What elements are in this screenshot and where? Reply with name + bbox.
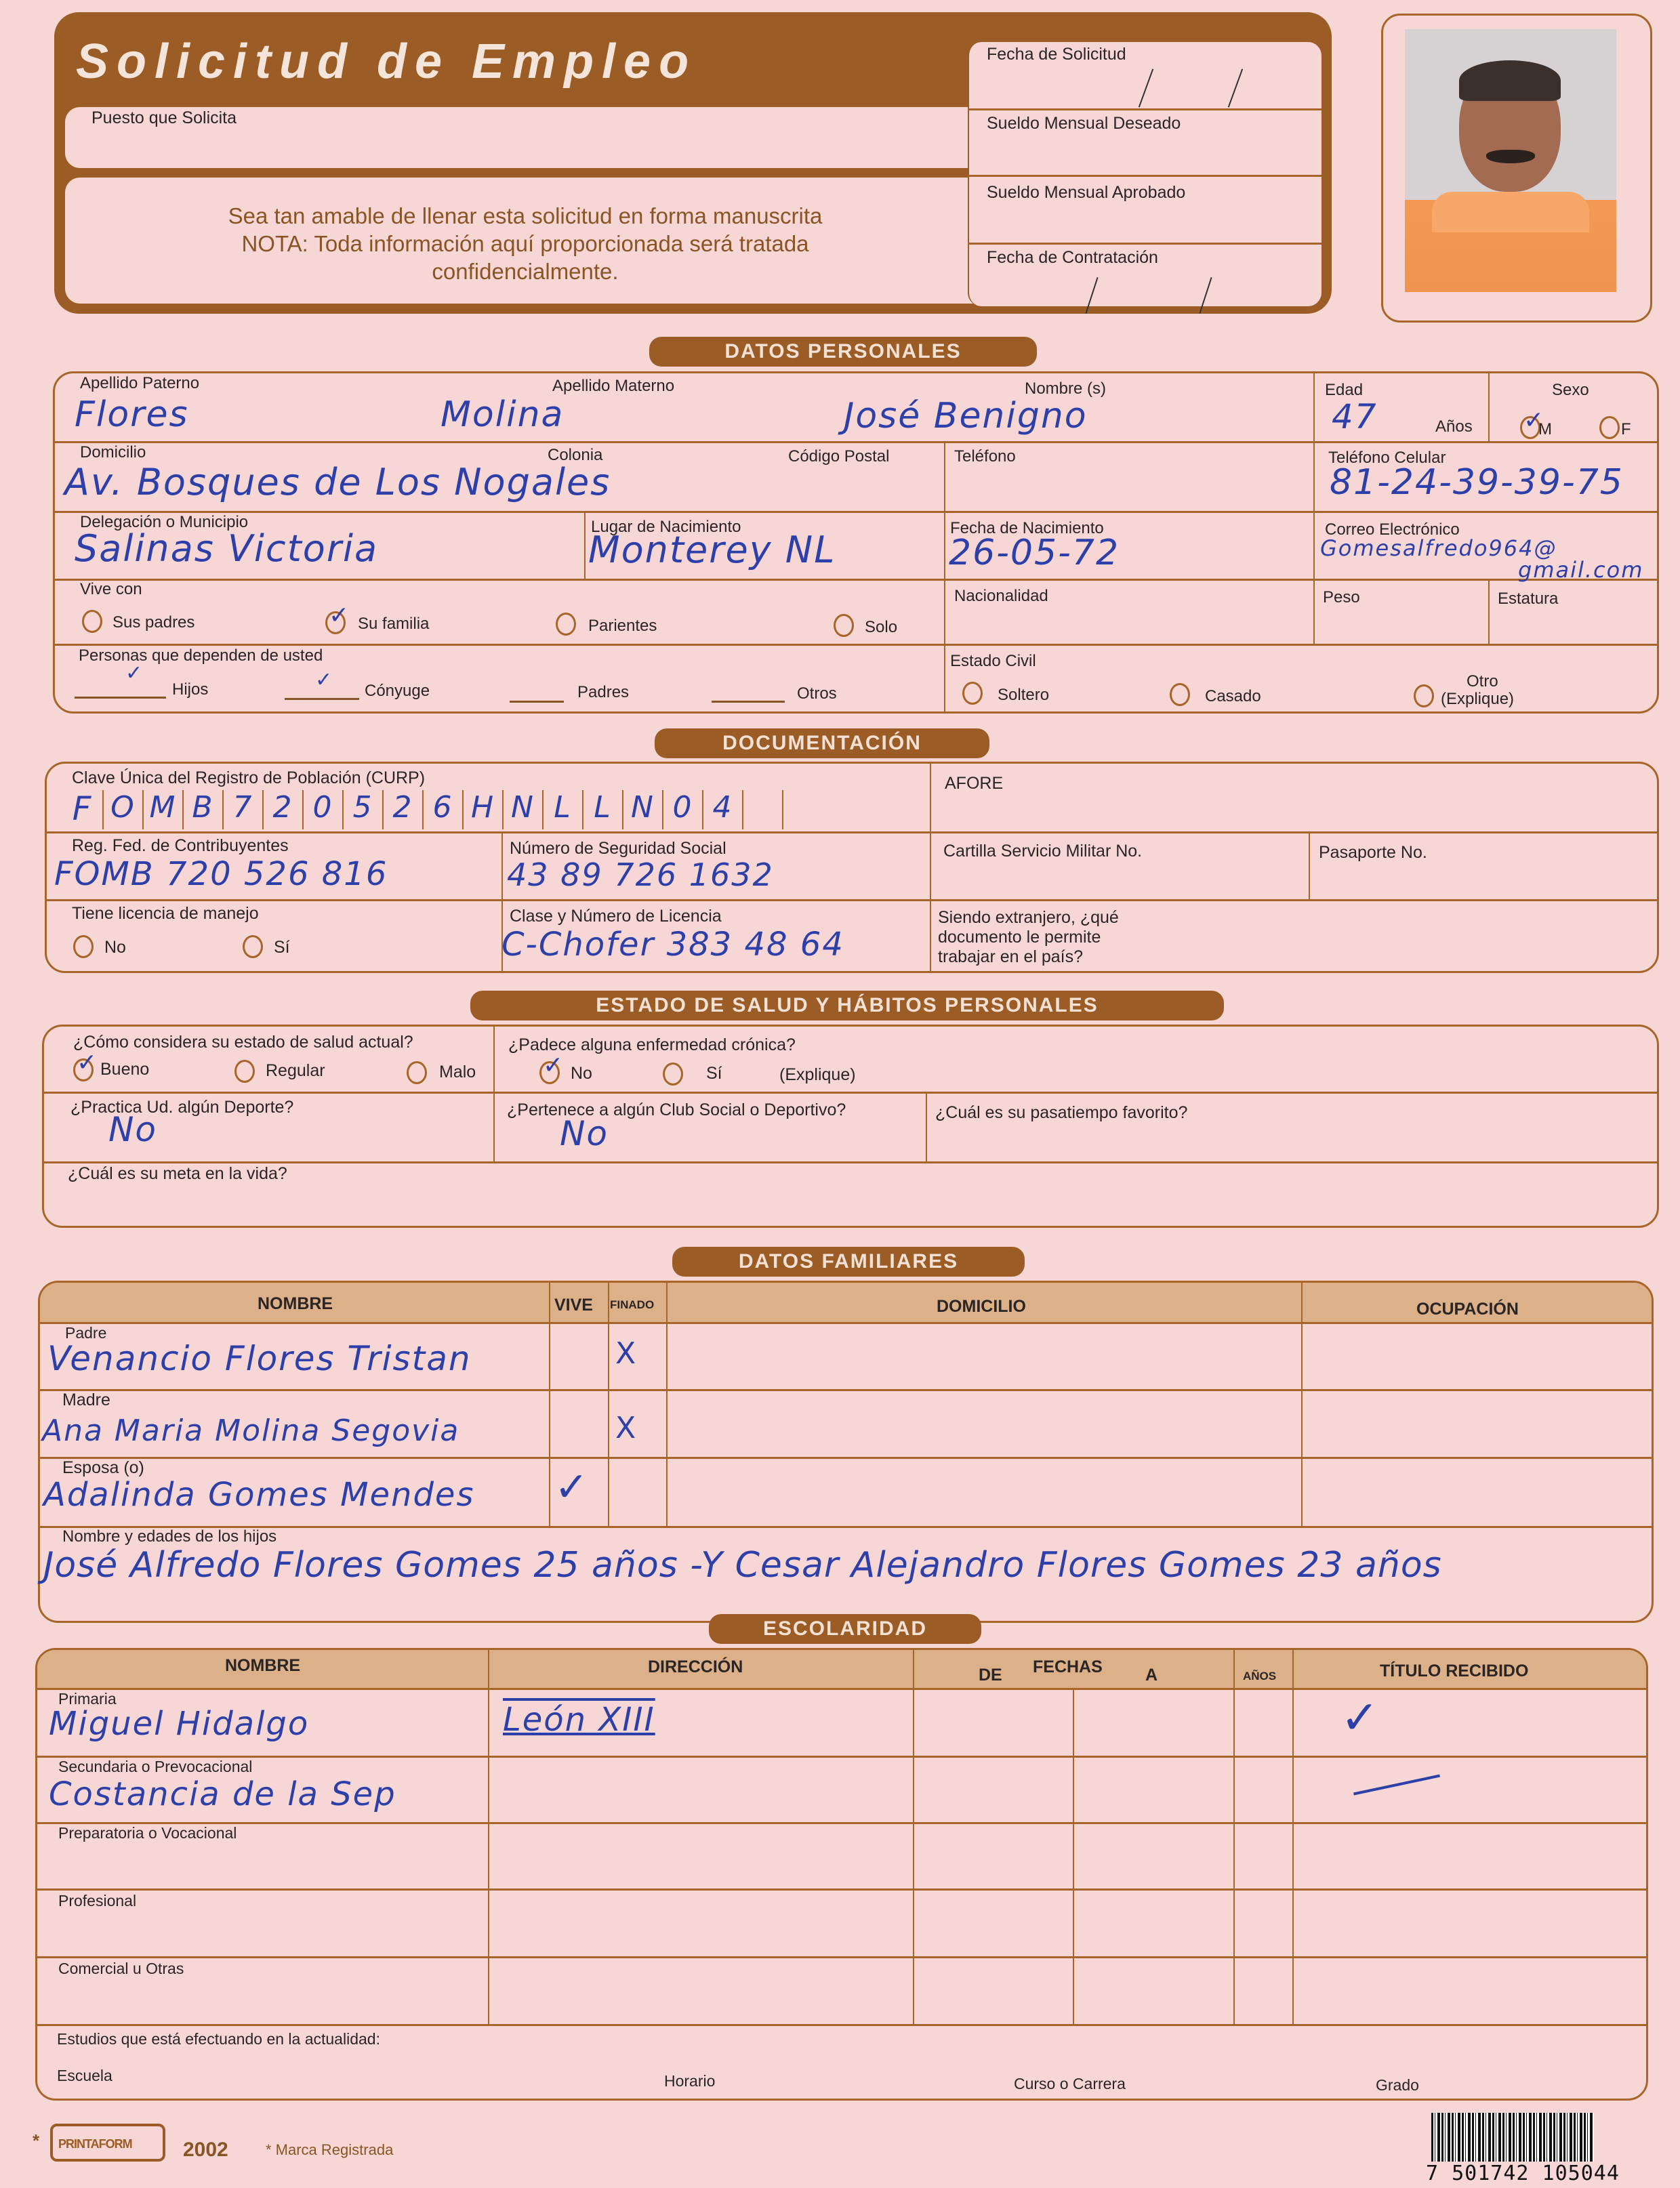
divider (968, 108, 1322, 110)
divider (45, 899, 1659, 901)
level-label: Comercial u Otras (58, 1960, 184, 1978)
divider (42, 1161, 1659, 1163)
col-nombre: NOMBRE (225, 1656, 300, 1676)
printaform-logo-text: PRINTAFORM (58, 2137, 132, 2151)
curp-char: 5 (344, 790, 384, 829)
curp-boxes[interactable]: F O M B 7 2 0 5 2 6 H N L L N 0 4 (62, 790, 801, 829)
padres-label: Padres (577, 683, 629, 702)
applicant-photo (1405, 29, 1616, 292)
vive-con-sus-padres-label: Sus padres (112, 613, 194, 632)
printaform-logo: PRINTAFORM (50, 2124, 165, 2162)
club-value[interactable]: No (560, 1114, 609, 1153)
section-datos-personales: DATOS PERSONALES (649, 337, 1037, 367)
extranjero-line-3: trabajar en el país? (938, 947, 1119, 967)
vive-con-parientes-label: Parientes (588, 617, 657, 636)
footer-trademark: * Marca Registrada (266, 2141, 393, 2159)
pasaporte-label: Pasaporte No. (1319, 843, 1427, 863)
curp-char: 7 (224, 790, 264, 829)
notice-text: Sea tan amable de llenar esta solicitud … (203, 202, 847, 285)
estado-civil-explique-label: (Explique) (1441, 690, 1514, 709)
col-domicilio: DOMICILIO (937, 1297, 1026, 1317)
family-name[interactable]: Ana Maria Molina Segovia (42, 1413, 459, 1448)
telefono-celular-value[interactable]: 81-24-39-39-75 (1330, 462, 1624, 503)
divider (666, 1281, 668, 1526)
divider (53, 511, 1659, 513)
divider (42, 1092, 1659, 1094)
divider (968, 175, 1322, 177)
cronica-si-radio[interactable] (663, 1062, 683, 1086)
family-name[interactable]: Venancio Flores Tristan (47, 1339, 472, 1378)
salud-malo-radio[interactable] (407, 1061, 427, 1084)
curp-char: F (62, 790, 104, 829)
conyuge-blank[interactable] (285, 698, 359, 700)
divider (1233, 1648, 1235, 2024)
apellido-materno-value[interactable]: Molina (441, 394, 564, 435)
cartilla-label: Cartilla Servicio Militar No. (943, 842, 1142, 861)
estado-salud-label: ¿Cómo considera su estado de salud actua… (73, 1033, 413, 1052)
divider (549, 1281, 550, 1526)
telefono-label: Teléfono (954, 447, 1016, 466)
fecha-contratacion-label: Fecha de Contratación (987, 248, 1158, 268)
conyuge-mark: ✓ (315, 668, 333, 692)
divider (1488, 579, 1490, 644)
col-nombre: NOMBRE (258, 1294, 333, 1314)
extranjero-label: Siendo extranjero, ¿qué documento le per… (938, 908, 1119, 967)
vive-con-su-familia-label: Su familia (358, 615, 429, 634)
finado-mark[interactable]: X (615, 1336, 637, 1371)
curp-label: Clave Única del Registro de Población (C… (72, 768, 425, 788)
lugar-nacimiento-value[interactable]: Monterey NL (588, 529, 836, 571)
notice-line-2: NOTA: Toda información aquí proporcionad… (203, 230, 847, 257)
school-name[interactable]: Miguel Hidalgo (49, 1705, 309, 1743)
col-titulo: TÍTULO RECIBIDO (1380, 1661, 1528, 1681)
anos-label: Años (1435, 417, 1473, 436)
divider (1488, 371, 1490, 441)
meta-label: ¿Cuál es su meta en la vida? (68, 1164, 287, 1184)
salud-regular-label: Regular (266, 1061, 325, 1081)
hijos-value[interactable]: José Alfredo Flores Gomes 25 años -Y Ces… (43, 1545, 1442, 1586)
clase-licencia-value[interactable]: C-Chofer 383 48 64 (501, 926, 844, 964)
divider (608, 1281, 609, 1526)
divider (35, 2024, 1648, 2026)
colonia-label: Colonia (548, 446, 602, 465)
cronica-no-radio[interactable] (539, 1061, 560, 1084)
vive-con-solo-radio[interactable] (834, 614, 854, 637)
form-title: Solicitud de Empleo (76, 34, 697, 89)
divider (584, 511, 586, 579)
curso-label: Curso o Carrera (1014, 2075, 1126, 2093)
col-fechas: FECHAS (1033, 1657, 1103, 1677)
divider (38, 1457, 1654, 1459)
extranjero-line-2: documento le permite (938, 928, 1119, 947)
salud-regular-radio[interactable] (234, 1060, 255, 1083)
photo-mustache (1486, 150, 1535, 163)
estado-civil-soltero-radio[interactable] (962, 682, 983, 705)
otros-blank[interactable] (712, 701, 785, 703)
divider (1313, 441, 1315, 644)
divider (968, 243, 1322, 245)
estado-civil-label: Estado Civil (950, 652, 1036, 671)
curp-char: 4 (703, 790, 743, 829)
barcode (1431, 2113, 1594, 2162)
divider (35, 1888, 1648, 1891)
section-documentacion: DOCUMENTACIÓN (655, 728, 989, 758)
hijos-label: Nombre y edades de los hijos (62, 1527, 276, 1546)
col-a: A (1145, 1666, 1157, 1685)
school-name[interactable]: Costancia de la Sep (49, 1775, 396, 1813)
curp-char: N (623, 790, 663, 829)
divider (493, 1025, 495, 1161)
delegacion-value[interactable]: Salinas Victoria (75, 527, 378, 570)
estado-civil-soltero-label: Soltero (998, 686, 1049, 705)
estudios-actuales-label: Estudios que está efectuando en la actua… (57, 2030, 380, 2048)
col-finado: FINADO (610, 1298, 654, 1312)
col-ocupacion: OCUPACIÓN (1416, 1300, 1519, 1319)
level-label: Profesional (58, 1892, 136, 1910)
vive-con-su-familia-radio[interactable] (325, 611, 346, 634)
divider (53, 644, 1659, 646)
extranjero-line-1: Siendo extranjero, ¿qué (938, 908, 1119, 928)
divider (45, 831, 1659, 833)
vive-con-solo-label: Solo (865, 618, 897, 637)
divider (1301, 1281, 1303, 1526)
fecha-solicitud-label: Fecha de Solicitud (987, 45, 1126, 64)
domicilio-value[interactable]: Av. Bosques de Los Nogales (64, 461, 611, 503)
divider (38, 1526, 1654, 1528)
level-label: Preparatoria o Vocacional (58, 1824, 237, 1842)
notice-line-1: Sea tan amable de llenar esta solicitud … (203, 202, 847, 230)
cronica-si-label: Sí (706, 1064, 722, 1083)
nss-label: Número de Seguridad Social (510, 839, 726, 859)
hijos-blank[interactable] (75, 697, 166, 699)
rfc-value[interactable]: FOMB 720 526 816 (54, 855, 388, 893)
divider (488, 1648, 489, 2024)
school-address[interactable]: León XIII (503, 1701, 655, 1739)
sexo-f-radio[interactable] (1599, 416, 1620, 439)
salud-box (42, 1025, 1659, 1228)
divider (913, 1648, 914, 2024)
finado-mark[interactable]: X (615, 1411, 637, 1445)
divider (1309, 831, 1310, 899)
notice-line-3: confidencialmente. (203, 257, 847, 285)
sexo-m-radio[interactable] (1520, 416, 1540, 439)
apellido-materno-label: Apellido Materno (552, 377, 674, 396)
estado-civil-casado-label: Casado (1205, 687, 1261, 706)
col-anos: AÑOS (1243, 1670, 1276, 1683)
vive-mark[interactable]: ✓ (554, 1464, 590, 1511)
curp-char: 0 (663, 790, 703, 829)
estado-civil-otro-label: Otro (1467, 672, 1498, 691)
family-name[interactable]: Adalinda Gomes Mendes (43, 1476, 474, 1514)
grado-label: Grado (1376, 2076, 1419, 2094)
curp-char: 6 (424, 790, 464, 829)
divider (926, 1092, 927, 1161)
edad-value[interactable]: 47 (1332, 397, 1378, 436)
clase-licencia-label: Clase y Número de Licencia (510, 907, 722, 926)
deporte-label: ¿Practica Ud. algún Deporte? (70, 1098, 293, 1117)
fecha-nacimiento-value[interactable]: 26-05-72 (949, 533, 1120, 573)
padres-blank[interactable] (510, 701, 564, 703)
apellido-paterno-value[interactable]: Flores (75, 394, 189, 435)
vive-con-label: Vive con (80, 580, 142, 599)
photo-hair (1459, 60, 1561, 101)
hijos-label: Hijos (172, 680, 208, 699)
sueldo-aprobado-label: Sueldo Mensual Aprobado (987, 183, 1185, 203)
divider (1292, 1648, 1294, 2024)
curp-char: 2 (384, 790, 424, 829)
curp-char (743, 790, 783, 829)
deporte-value[interactable]: No (108, 1110, 157, 1149)
cronica-explique-label: (Explique) (779, 1065, 856, 1085)
divider (1313, 371, 1315, 441)
photo-shirt-collar (1432, 192, 1589, 232)
nombre-value[interactable]: José Benigno (844, 396, 1088, 436)
section-estado-salud: ESTADO DE SALUD Y HÁBITOS PERSONALES (470, 991, 1224, 1020)
salud-bueno-label: Bueno (100, 1060, 149, 1079)
estado-civil-casado-radio[interactable] (1170, 683, 1190, 706)
hijos-mark: ✓ (125, 661, 144, 685)
horario-label: Horario (664, 2072, 715, 2090)
estatura-label: Estatura (1498, 590, 1558, 608)
domicilio-label: Domicilio (80, 443, 146, 462)
vive-con-parientes-radio[interactable] (556, 613, 576, 636)
pasatiempo-label: ¿Cuál es su pasatiempo favorito? (935, 1103, 1187, 1123)
licencia-no-radio[interactable] (73, 935, 94, 958)
curp-char: H (464, 790, 504, 829)
sueldo-deseado-label: Sueldo Mensual Deseado (987, 114, 1181, 133)
peso-label: Peso (1323, 588, 1360, 607)
footer-year: 2002 (183, 2139, 228, 2162)
otros-label: Otros (797, 684, 837, 703)
licencia-si-label: Sí (274, 938, 290, 957)
rfc-label: Reg. Fed. de Contribuyentes (72, 836, 289, 856)
conyuge-label: Cónyuge (365, 682, 430, 701)
apellido-paterno-label: Apellido Paterno (80, 374, 199, 393)
escuela-label: Escuela (57, 2067, 112, 2085)
col-de: DE (979, 1666, 1002, 1685)
club-label: ¿Pertenece a algún Club Social o Deporti… (507, 1100, 846, 1120)
col-vive: VIVE (554, 1296, 593, 1315)
curp-char: N (504, 790, 544, 829)
divider (53, 579, 1659, 581)
divider (35, 1822, 1648, 1824)
col-direccion: DIRECCIÓN (648, 1657, 743, 1677)
divider (53, 441, 1659, 443)
licencia-no-label: No (104, 938, 126, 957)
curp-char: O (104, 790, 144, 829)
curp-char: B (184, 790, 224, 829)
cronica-no-label: No (571, 1064, 592, 1083)
licencia-label: Tiene licencia de manejo (72, 904, 259, 924)
dependientes-label: Personas que dependen de usted (79, 646, 323, 665)
estado-civil-otro-radio[interactable] (1414, 684, 1434, 707)
titulo-mark[interactable]: ✓ (1340, 1691, 1380, 1745)
section-escolaridad: ESCOLARIDAD (709, 1614, 981, 1644)
sexo-m-label: M (1538, 420, 1552, 439)
sexo-f-label: F (1621, 420, 1631, 439)
salud-malo-label: Malo (439, 1062, 476, 1082)
level-label: Secundaria o Prevocacional (58, 1758, 252, 1776)
curp-char: 2 (264, 790, 304, 829)
afore-label: AFORE (945, 774, 1003, 793)
relation-label: Madre (62, 1390, 110, 1410)
divider (1073, 1688, 1074, 2024)
curp-char: L (583, 790, 623, 829)
nacionalidad-label: Nacionalidad (954, 587, 1048, 606)
divider (38, 1389, 1654, 1391)
divider (930, 762, 931, 973)
relation-label: Esposa (o) (62, 1458, 144, 1478)
sexo-label: Sexo (1552, 381, 1589, 400)
divider (38, 1322, 1654, 1324)
correo-value-line2[interactable]: gmail.com (1518, 557, 1643, 583)
nss-value[interactable]: 43 89 726 1632 (507, 856, 774, 893)
curp-char: L (544, 790, 583, 829)
divider (944, 441, 945, 714)
barcode-number: 7 501742 105044 (1426, 2162, 1620, 2185)
footer-asterisk: * (33, 2130, 39, 2151)
divider (35, 1956, 1648, 1958)
divider (35, 1688, 1648, 1690)
licencia-si-radio[interactable] (243, 935, 263, 958)
codigo-postal-label: Código Postal (788, 447, 889, 466)
curp-char: 0 (304, 790, 344, 829)
puesto-label: Puesto que Solicita (91, 108, 237, 128)
curp-char: M (144, 790, 184, 829)
divider (35, 1756, 1648, 1758)
section-datos-familiares: DATOS FAMILIARES (672, 1247, 1025, 1277)
salud-bueno-radio[interactable] (73, 1058, 94, 1081)
vive-con-sus-padres-radio[interactable] (82, 610, 102, 633)
